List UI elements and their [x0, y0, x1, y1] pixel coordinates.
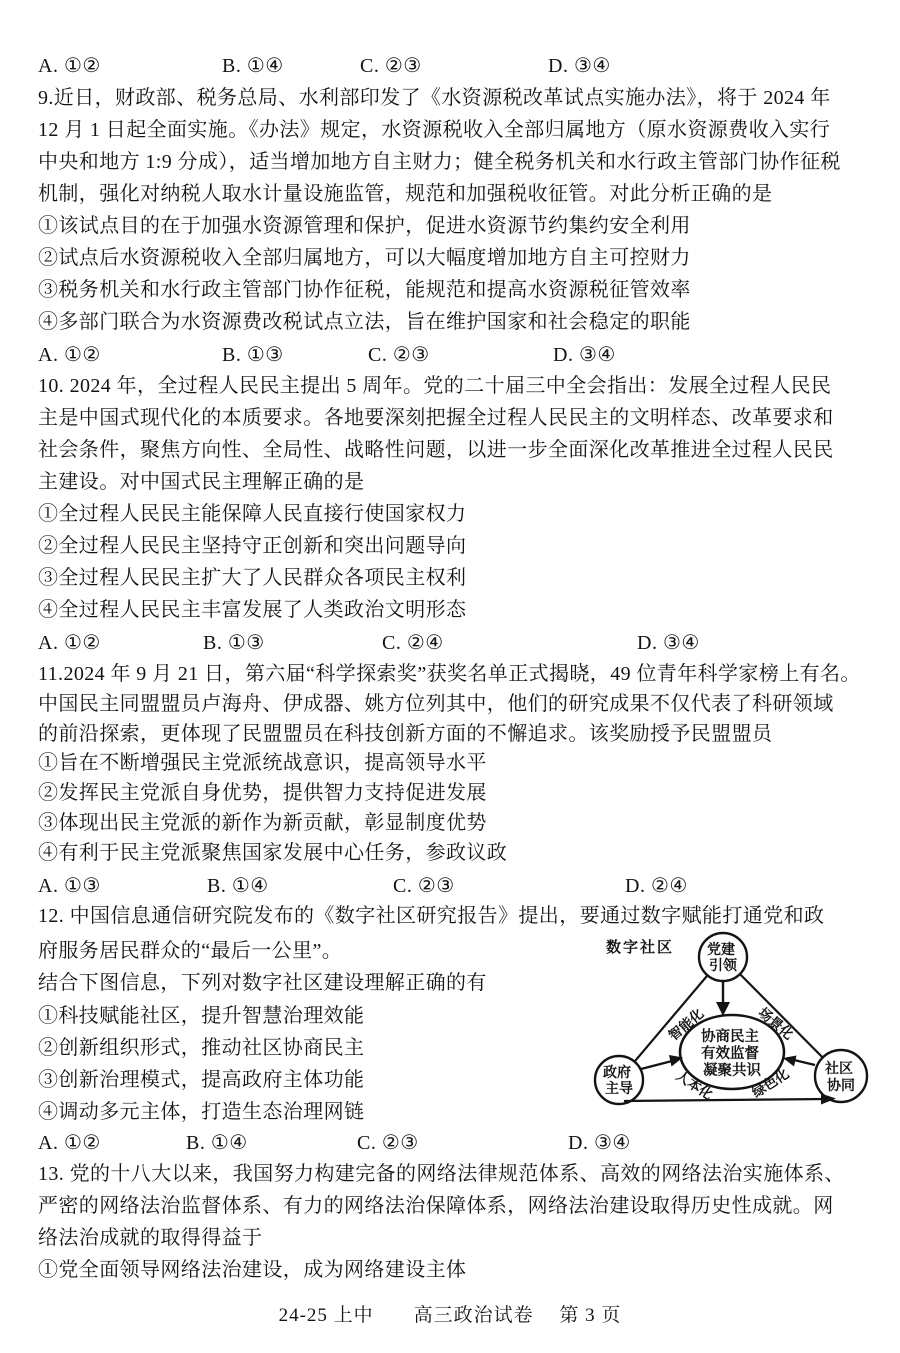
question-10-statement-3: ③全过程人民民主扩大了人民群众各项民主权利	[38, 565, 466, 591]
question-13-statement-1: ①党全面领导网络法治建设，成为网络建设主体	[38, 1257, 466, 1283]
question-11-statement-3: ③体现出民主党派的新作为新贡献，彰显制度优势	[38, 810, 487, 836]
option-c: C. ②③	[393, 872, 455, 900]
options-row-q12: A. ①② B. ①④ C. ②③ D. ③④	[0, 1129, 900, 1157]
page-footer: 24-25 上中 高三政治试卷 第 3 页	[0, 1300, 900, 1327]
question-9-statement-3: ③税务机关和水行政主管部门协作征税，能规范和提高水资源税征管效率	[38, 277, 691, 303]
question-13-line-1: 13. 党的十八大以来，我国努力构建完备的网络法律规范体系、高效的网络法治实施体…	[38, 1161, 845, 1187]
question-9-line-2: 12 月 1 日起全面实施。《办法》规定，水资源税收入全部归属地方（原水资源费收…	[38, 117, 830, 143]
option-a: A. ①②	[38, 341, 101, 369]
question-11-statement-4: ④有利于民主党派聚焦国家发展中心任务，参政议政	[38, 840, 507, 866]
options-row-q10: A. ①② B. ①③ C. ②④ D. ③④	[0, 629, 900, 657]
option-a: A. ①②	[38, 52, 101, 80]
options-row-q8: A. ①② B. ①④ C. ②③ D. ③④	[0, 52, 900, 80]
question-12-statement-3: ③创新治理模式，提高政府主体功能	[38, 1067, 364, 1093]
question-9-statement-2: ②试点后水资源税收入全部归属地方，可以大幅度增加地方自主可控财力	[38, 245, 691, 271]
question-9-line-1: 9.近日，财政部、税务总局、水利部印发了《水资源税改革试点实施办法》，将于 20…	[38, 85, 831, 111]
question-12-statement-2: ②创新组织形式，推动社区协商民主	[38, 1035, 364, 1061]
node-label: 党建 引领	[707, 941, 739, 973]
question-11-line-3: 的前沿探索，更体现了民盟盟员在科技创新方面的不懈追求。该奖励授予民盟盟员	[38, 721, 772, 747]
option-a: A. ①②	[38, 629, 101, 657]
diagram-caption: 数字社区	[606, 938, 674, 956]
question-9-statement-4: ④多部门联合为水资源费改税试点立法，旨在维护国家和社会稳定的职能	[38, 309, 691, 335]
question-10-line-1: 10. 2024 年，全过程人民民主提出 5 周年。党的二十届三中全会指出：发展…	[38, 373, 831, 399]
question-9-statement-1: ①该试点目的在于加强水资源管理和保护，促进水资源节约集约安全利用	[38, 213, 691, 239]
digital-community-diagram: 数字社区 党建 引领 政府 主导 社区 协同 协商民主 有效监督 凝聚共识 智能…	[578, 925, 900, 1125]
option-c: C. ②④	[382, 629, 444, 657]
question-11-statement-1: ①旨在不断增强民主党派统战意识，提高领导水平	[38, 750, 487, 776]
node-label: 政府 主导	[603, 1064, 635, 1096]
question-12-statement-4: ④调动多元主体，打造生态治理网链	[38, 1099, 364, 1125]
options-row-q11: A. ①③ B. ①④ C. ②③ D. ②④	[0, 872, 900, 900]
option-c: C. ②③	[357, 1129, 419, 1157]
option-d: D. ③④	[568, 1129, 631, 1157]
option-c: C. ②③	[368, 341, 430, 369]
question-10-statement-2: ②全过程人民民主坚持守正创新和突出问题导向	[38, 533, 466, 559]
question-9-line-3: 中央和地方 1:9 分成），适当增加地方自主财力；健全税务机关和水行政主管部门协…	[38, 149, 841, 175]
option-a: A. ①③	[38, 872, 101, 900]
option-d: D. ③④	[637, 629, 700, 657]
node-label: 社区 协同	[824, 1060, 857, 1093]
option-d: D. ③④	[548, 52, 611, 80]
center-label: 协商民主 有效监督 凝聚共识	[701, 1027, 763, 1079]
question-10-line-3: 社会条件，聚焦方向性、全局性、战略性问题，以进一步全面深化改革推进全过程人民民	[38, 437, 834, 463]
option-b: B. ①③	[222, 341, 284, 369]
question-13-line-2: 严密的网络法治监督体系、有力的网络法治保障体系，网络法治建设取得历史性成就。网	[38, 1193, 834, 1219]
option-a: A. ①②	[38, 1129, 101, 1157]
options-row-q9: A. ①② B. ①③ C. ②③ D. ③④	[0, 341, 900, 369]
exam-page: A. ①② B. ①④ C. ②③ D. ③④ 9.近日，财政部、税务总局、水利…	[0, 0, 900, 1353]
arrow-left-icon	[783, 1056, 797, 1067]
question-11-line-1: 11.2024 年 9 月 21 日，第六届“科学探索奖”获奖名单正式揭晓，49…	[38, 661, 861, 687]
option-c: C. ②③	[360, 52, 422, 80]
question-12-line-2: 府服务居民群众的“最后一公里”。	[38, 938, 342, 964]
question-10-statement-1: ①全过程人民民主能保障人民直接行使国家权力	[38, 501, 466, 527]
question-12-line-3: 结合下图信息，下列对数字社区建设理解正确的有	[38, 970, 487, 996]
question-10-statement-4: ④全过程人民民主丰富发展了人类政治文明形态	[38, 597, 466, 623]
option-d: D. ③④	[553, 341, 616, 369]
option-b: B. ①④	[207, 872, 269, 900]
question-10-line-2: 主是中国式现代化的本质要求。各地要深刻把握全过程人民民主的文明样态、改革要求和	[38, 405, 834, 431]
question-11-statement-2: ②发挥民主党派自身优势，提供智力支持促进发展	[38, 780, 487, 806]
option-b: B. ①④	[222, 52, 284, 80]
question-10-line-4: 主建设。对中国式民主理解正确的是	[38, 469, 364, 495]
question-13-line-3: 络法治成就的取得得益于	[38, 1225, 262, 1251]
option-b: B. ①④	[186, 1129, 248, 1157]
option-b: B. ①③	[203, 629, 265, 657]
question-12-statement-1: ①科技赋能社区，提升智慧治理效能	[38, 1003, 364, 1029]
option-d: D. ②④	[625, 872, 688, 900]
question-9-line-4: 机制，强化对纳税人取水计量设施监管，规范和加强税收征管。对此分析正确的是	[38, 181, 772, 207]
question-11-line-2: 中国民主同盟盟员卢海舟、伊成器、姚方位列其中，他们的研究成果不仅代表了科研领域	[38, 691, 834, 717]
